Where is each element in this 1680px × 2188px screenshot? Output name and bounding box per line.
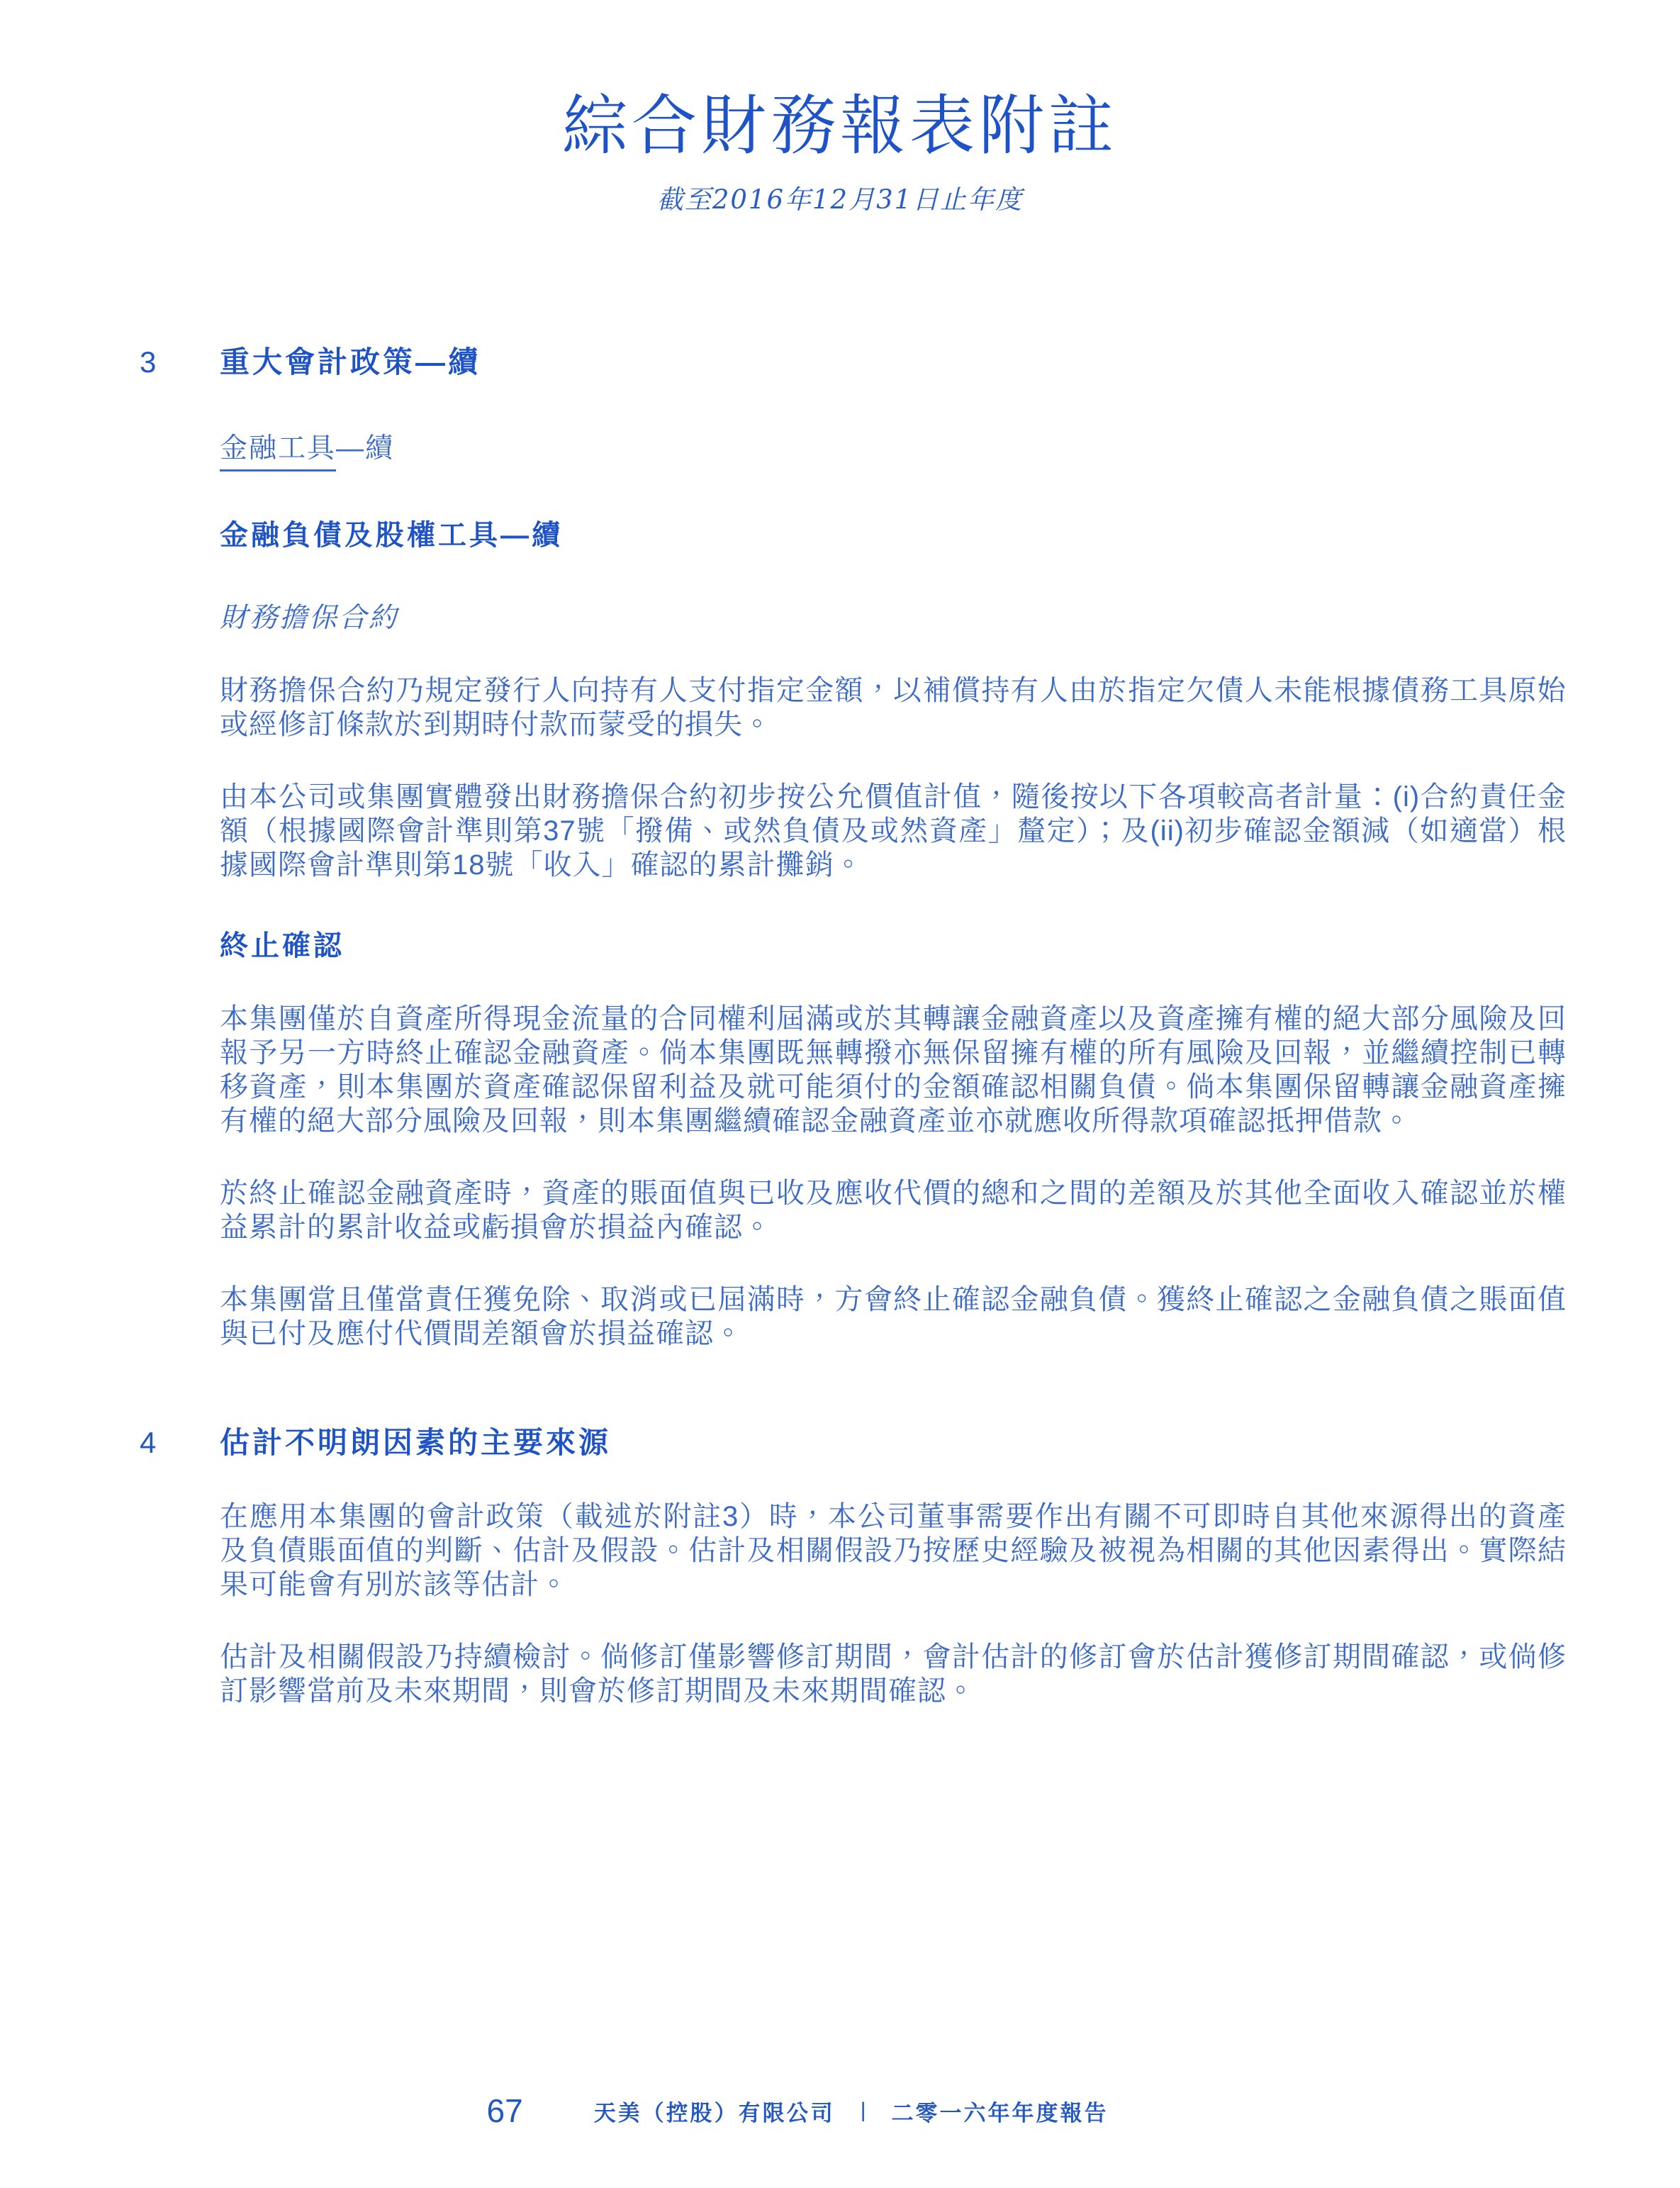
page-title: 綜合財務報表附註: [0, 91, 1680, 161]
subheading-financial-guarantee-contracts: 財務擔保合約: [220, 596, 1567, 635]
note-4-section: 4 估計不明朗因素的主要來源 在應用本集團的會計政策（載述於附註3）時，本公司董…: [140, 1424, 1567, 1708]
note-4-number: 4: [140, 1424, 220, 1461]
footer-report-title: 二零一六年年度報告: [891, 2095, 1108, 2127]
paragraph-estimation-judgements: 在應用本集團的會計政策（載述於附註3）時，本公司董事需要作出有關不可即時自其他來…: [220, 1500, 1567, 1602]
paragraph-derecognition-liabilities: 本集團當且僅當責任獲免除、取消或已屆滿時，方會終止確認金融負債。獲終止確認之金融…: [220, 1283, 1567, 1351]
notes-content: 3 重大會計政策—續 金融工具—續 金融負債及股權工具—續 財務擔保合約 財務擔…: [0, 344, 1680, 1708]
subheading-financial-liabilities-equity: 金融負債及股權工具—續: [220, 513, 1567, 553]
note-3-section: 3 重大會計政策—續 金融工具—續 金融負債及股權工具—續 財務擔保合約 財務擔…: [140, 344, 1567, 1351]
subheading-derecognition: 終止確認: [220, 923, 1567, 964]
document-header: 綜合財務報表附註 截至2016年12月31日止年度: [0, 0, 1680, 216]
note-4-body: 估計不明朗因素的主要來源 在應用本集團的會計政策（載述於附註3）時，本公司董事需…: [220, 1424, 1567, 1708]
report-page: 綜合財務報表附註 截至2016年12月31日止年度 3 重大會計政策—續 金融工…: [0, 0, 1680, 2188]
footer-page-number: 67: [487, 2092, 523, 2130]
paragraph-guarantee-definition: 財務擔保合約乃規定發行人向持有人支付指定金額，以補償持有人由於指定欠債人未能根據…: [220, 674, 1567, 742]
note-3-number: 3: [140, 344, 220, 381]
page-subtitle: 截至2016年12月31日止年度: [0, 178, 1680, 216]
paragraph-guarantee-measurement: 由本公司或集團實體發出財務擔保合約初步按公允價值計值，隨後按以下各項較高者計量：…: [220, 780, 1567, 882]
note-4-title: 估計不明朗因素的主要來源: [220, 1424, 1567, 1461]
page-footer: 67 天美（控股）有限公司 | 二零一六年年度報告: [0, 2092, 1637, 2130]
footer-separator: |: [861, 2099, 866, 2123]
paragraph-estimation-revisions: 估計及相關假設乃持續檢討。倘修訂僅影響修訂期間，會計估計的修訂會於估計獲修訂期間…: [220, 1640, 1567, 1708]
note-3-body: 重大會計政策—續 金融工具—續 金融負債及股權工具—續 財務擔保合約 財務擔保合…: [220, 344, 1567, 1351]
footer-company-name: 天美（控股）有限公司: [594, 2095, 835, 2127]
subheading-financial-instruments: 金融工具—續: [220, 426, 1567, 471]
note-3-title: 重大會計政策—續: [220, 344, 1567, 381]
paragraph-derecognition-difference: 於終止確認金融資產時，資產的賬面值與已收及應收代價的總和之間的差額及於其他全面收…: [220, 1176, 1567, 1244]
subheading-financial-instruments-underlined: 金融工具: [220, 426, 336, 471]
paragraph-derecognition-assets: 本集團僅於自資產所得現金流量的合同權利屆滿或於其轉讓金融資產以及資產擁有權的絕大…: [220, 1002, 1567, 1138]
subheading-financial-instruments-suffix: —續: [336, 433, 394, 464]
